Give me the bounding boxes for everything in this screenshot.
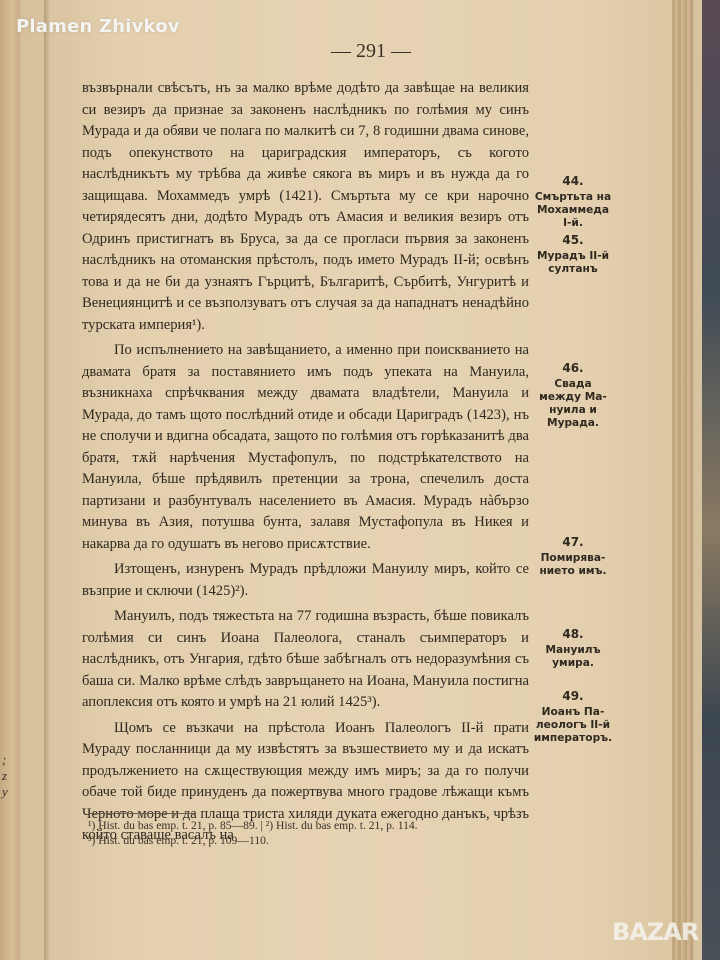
body-text: възвърнали свѣсътъ, нъ за малко врѣме до… xyxy=(82,78,529,847)
margin-note-text: Мануилъ умира. xyxy=(545,644,600,669)
margin-note-47: 47. Помирява­нието имъ. xyxy=(532,536,614,578)
background-surface xyxy=(702,0,720,960)
paragraph: По испълнението на завѣщанието, а именно… xyxy=(82,340,529,555)
bazar-logo-watermark: BAZAR xyxy=(612,918,698,946)
paragraph: Мануилъ, подъ тяжестьта на 77 годишна въ… xyxy=(82,606,529,714)
margin-note-45: 45. Мурадъ II-й султанъ xyxy=(532,234,614,276)
seller-watermark: Plamen Zhivkov xyxy=(16,16,180,37)
margin-note-text: Мурадъ II-й султанъ xyxy=(537,250,609,275)
margin-note-48: 48. Мануилъ умира. xyxy=(532,628,614,670)
margin-note-number: 48. xyxy=(532,628,614,641)
margin-note-46: 46. Свада между Ма­нуила и Мурада. xyxy=(532,362,614,430)
margin-note-text: Свада между Ма­нуила и Мурада. xyxy=(539,378,607,429)
margin-note-number: 46. xyxy=(532,362,614,375)
paragraph: Изтощенъ, изнуренъ Мурадъ прѣдложи Мануи… xyxy=(82,559,529,602)
margin-note-number: 49. xyxy=(532,690,614,703)
left-page-edge xyxy=(0,0,20,960)
margin-note-number: 44. xyxy=(532,175,614,188)
margin-note-number: 47. xyxy=(532,536,614,549)
page-stack-edge xyxy=(672,0,694,960)
margin-note-text: Смъртьта на Мохамме­да I-й. xyxy=(535,191,611,229)
paragraph: възвърнали свѣсътъ, нъ за малко врѣме до… xyxy=(82,78,529,336)
footnote: ¹) Hist. du bas emp. t. 21, p. 85—89. | … xyxy=(88,818,538,833)
margin-note-text: Иоанъ Па­леологъ II-й императоръ. xyxy=(534,706,612,744)
left-page-marks: ; z y xyxy=(2,752,8,800)
gutter-shadow xyxy=(44,0,50,960)
footnote: ³) Hist. du bas emp. t. 21, p. 109—110. xyxy=(88,833,538,848)
book-cover-edge xyxy=(694,0,702,960)
margin-note-44: 44. Смъртьта на Мохамме­да I-й. xyxy=(532,175,614,230)
margin-note-number: 45. xyxy=(532,234,614,247)
footnotes: ¹) Hist. du bas emp. t. 21, p. 85—89. | … xyxy=(88,818,538,848)
margin-note-text: Помирява­нието имъ. xyxy=(539,552,606,577)
footnote-divider xyxy=(88,813,196,814)
margin-note-49: 49. Иоанъ Па­леологъ II-й императоръ. xyxy=(532,690,614,745)
page-number: — 291 — xyxy=(20,40,680,63)
